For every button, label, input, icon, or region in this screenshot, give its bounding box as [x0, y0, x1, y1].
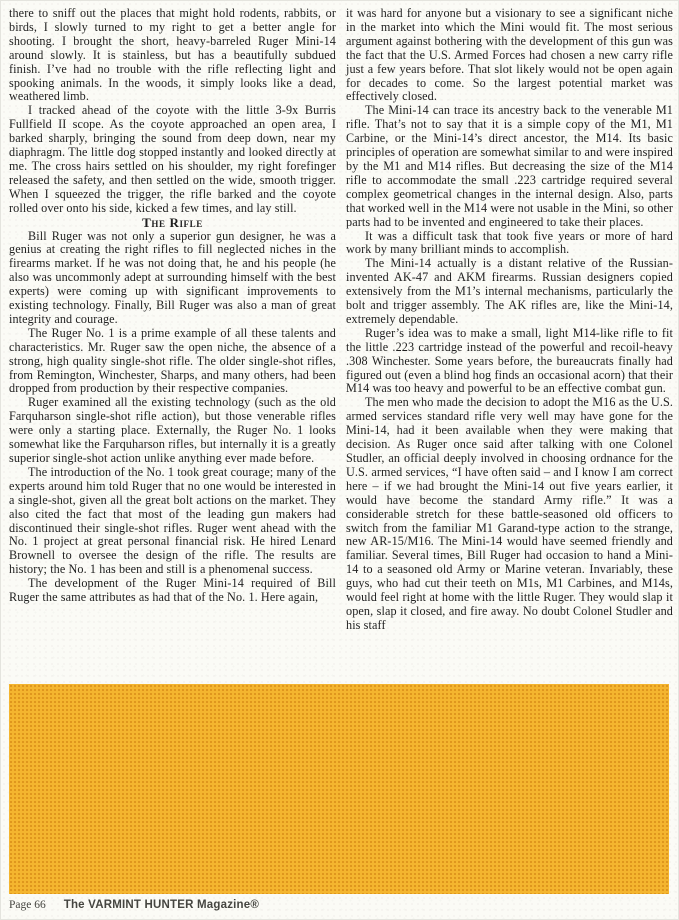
page-footer: Page 66 The VARMINT HUNTER Magazine® — [9, 899, 669, 911]
paragraph: it was hard for anyone but a visionary t… — [346, 7, 673, 104]
paragraph: The men who made the decision to adopt t… — [346, 396, 673, 632]
paragraph: Ruger examined all the existing technolo… — [9, 396, 336, 466]
paragraph: Ruger’s idea was to make a small, light … — [346, 327, 673, 397]
paragraph: Bill Ruger was not only a superior gun d… — [9, 230, 336, 327]
paragraph: there to sniff out the places that might… — [9, 7, 336, 104]
section-heading-the-rifle: The Rifle — [9, 216, 336, 230]
paragraph: The Mini-14 can trace its ancestry back … — [346, 104, 673, 229]
advertisement-placeholder-block — [9, 684, 669, 894]
page-number: Page 66 — [9, 899, 46, 911]
paragraph: The Ruger No. 1 is a prime example of al… — [9, 327, 336, 397]
paragraph: The introduction of the No. 1 took great… — [9, 466, 336, 577]
right-text-column: it was hard for anyone but a visionary t… — [346, 7, 673, 633]
magazine-title: The VARMINT HUNTER Magazine® — [64, 899, 259, 911]
paragraph: I tracked ahead of the coyote with the l… — [9, 104, 336, 215]
paragraph: The development of the Ruger Mini-14 req… — [9, 577, 336, 605]
magazine-page: there to sniff out the places that might… — [0, 0, 679, 920]
left-text-column: there to sniff out the places that might… — [9, 7, 336, 605]
paragraph: It was a difficult task that took five y… — [346, 230, 673, 258]
paragraph: The Mini-14 actually is a distant relati… — [346, 257, 673, 327]
